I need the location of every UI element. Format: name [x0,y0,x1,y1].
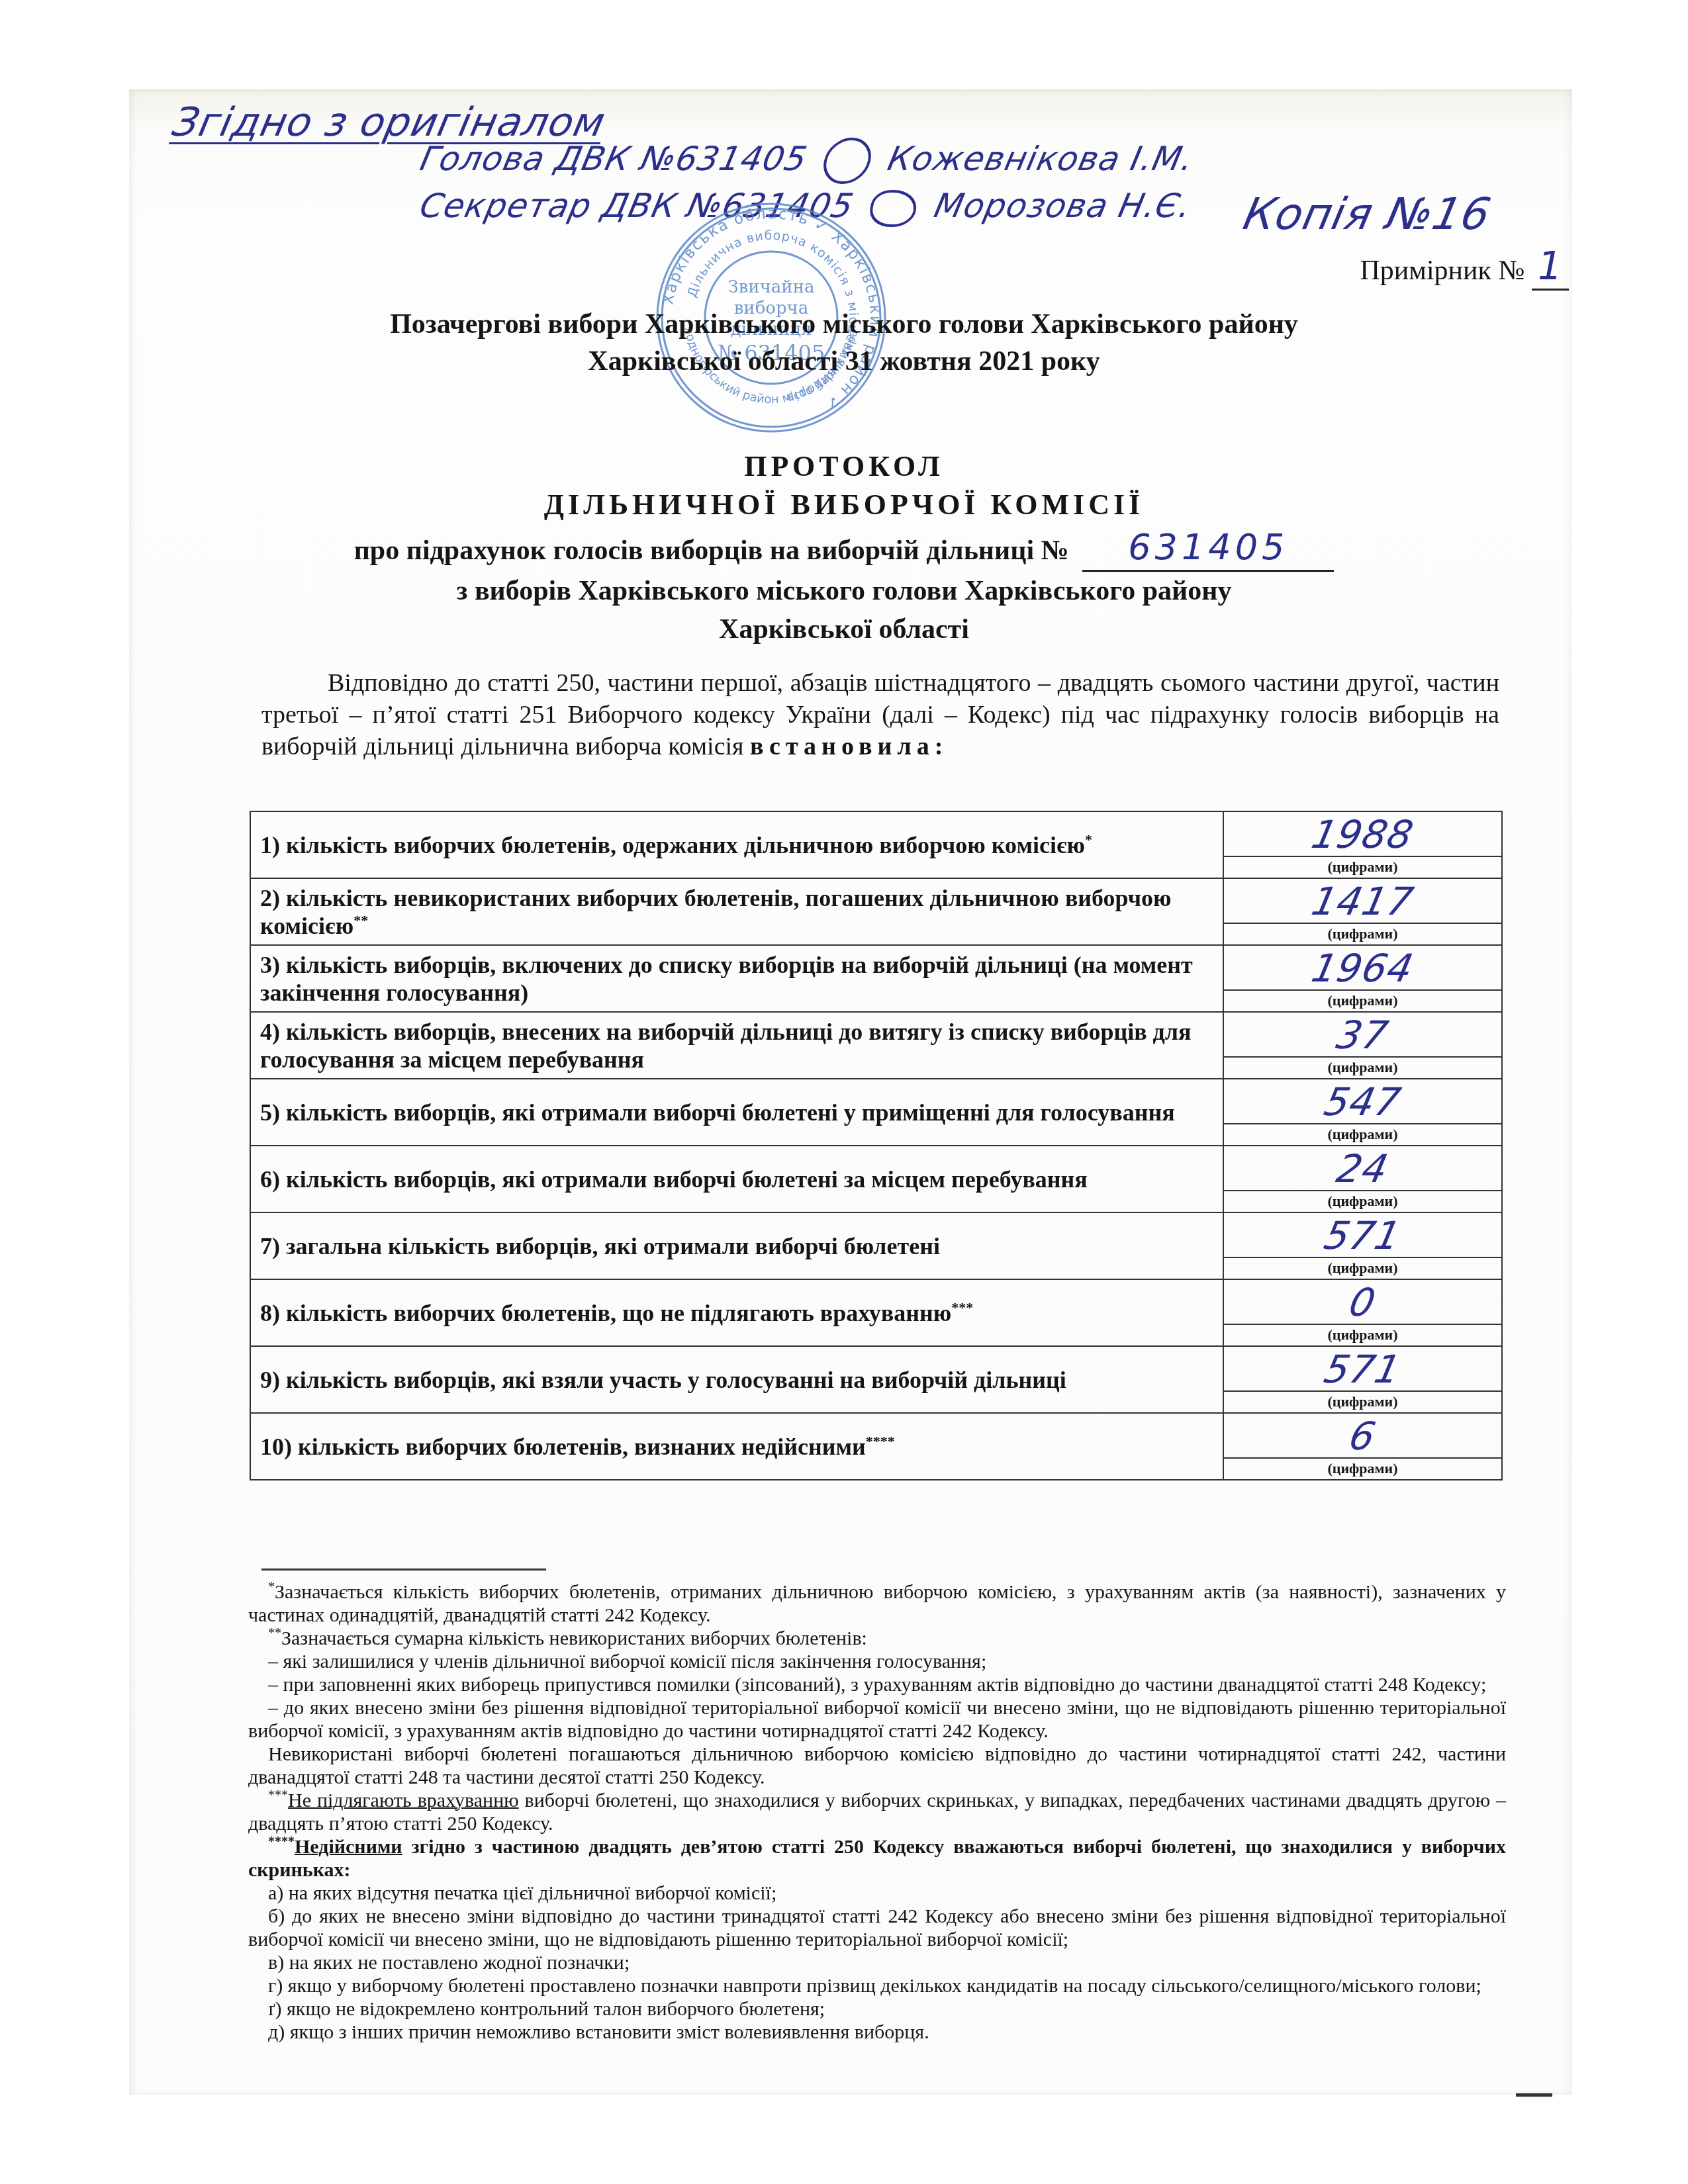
protocol-heading: ДІЛЬНИЧНОЇ ВИБОРЧОЇ КОМІСІЇ [0,486,1688,524]
value-underline [1224,1390,1501,1392]
value-caption: (цифрами) [1224,1460,1501,1477]
footnote-list-item: – які залишилися у членів дільничної виб… [248,1650,1506,1673]
row-value: 6 [1219,1415,1506,1457]
footnote-mark: ** [353,912,368,929]
row-label: 9) кількість виборців, які взяли участь … [250,1346,1223,1413]
value-caption: (цифрами) [1224,1259,1501,1277]
footnote-3: ***Не підлягають врахуванню виборчі бюле… [248,1789,1506,1835]
table-row: 10) кількість виборчих бюлетенів, визнан… [250,1413,1502,1480]
intro-emphasis: встановила: [750,733,948,760]
row-value-cell: 547 (цифрами) [1223,1079,1502,1146]
value-underline [1224,1457,1501,1459]
value-caption: (цифрами) [1224,992,1501,1009]
value-caption: (цифрами) [1224,1326,1501,1343]
footnote-list-item: а) на яких відсутня печатка цієї дільнич… [248,1882,1506,1905]
table-row: 7) загальна кількість виборців, які отри… [250,1212,1502,1279]
table-row: 6) кількість виборців, які отримали вибо… [250,1146,1502,1212]
footnote-mark: *** [268,1788,288,1803]
footnote-mark: * [268,1580,275,1594]
footnote-text: згідно з частиною двадцять дев’ятою стат… [248,1836,1506,1881]
value-caption: (цифрами) [1224,1393,1501,1410]
signature-role: Голова ДВК №631405 [417,140,811,178]
table-row: 3) кількість виборців, включених до спис… [250,945,1502,1012]
signature-name: Кожевнікова І.М. [884,140,1197,178]
footnote-text: Зазначається сумарна кількість невикорис… [281,1627,867,1649]
footnote-2: **Зазначається сумарна кількість невикор… [248,1627,1506,1650]
row-value-cell: 24 (цифрами) [1223,1146,1502,1212]
copy-number-note: Копія №16 [1239,189,1495,240]
footnote-mark: ** [268,1626,281,1641]
footnote-list-item: б) до яких не внесено зміни відповідно д… [248,1905,1506,1951]
footnote-term: Не підлягають врахуванню [288,1790,519,1811]
row-value-cell: 37 (цифрами) [1223,1012,1502,1079]
row-value-cell: 6 (цифрами) [1223,1413,1502,1480]
row-label: 1) кількість виборчих бюлетенів, одержан… [250,811,1223,878]
row-label: 5) кількість виборців, які отримали вибо… [250,1079,1223,1146]
copy-counter: Примірник № 1 [1360,244,1570,291]
table-row: 9) кількість виборців, які взяли участь … [250,1346,1502,1413]
station-number-field: 631405 [1082,528,1334,572]
value-caption: (цифрами) [1224,858,1501,876]
protocol-subtitle: з виборів Харківського міського голови Х… [0,572,1688,610]
election-title-line: Харківської області 31 жовтня 2021 року [0,343,1688,380]
row-value-cell: 1964 (цифрами) [1223,945,1502,1012]
value-underline [1224,1056,1501,1058]
value-underline [1224,923,1501,924]
signature-row-chair: Голова ДВК №631405 Кожевнікова І.М. [416,138,1198,184]
row-value: 37 [1219,1014,1506,1056]
row-value: 1964 [1219,947,1506,989]
value-underline [1224,856,1501,857]
intro-paragraph: Відповідно до статті 250, частини першої… [261,667,1499,762]
footnote-list-item: – при заповненні яких виборець припустив… [248,1673,1506,1696]
row-value-cell: 1417 (цифрами) [1223,878,1502,945]
row-label: 4) кількість виборців, внесених на вибор… [250,1012,1223,1079]
row-label: 10) кількість виборчих бюлетенів, визнан… [250,1413,1223,1480]
row-label: 6) кількість виборців, які отримали вибо… [250,1146,1223,1212]
footnote-mark: * [1085,831,1092,848]
row-value-cell: 571 (цифрами) [1223,1346,1502,1413]
table-row: 4) кількість виборців, внесених на вибор… [250,1012,1502,1079]
footnotes: *Зазначається кількість виборчих бюлетен… [248,1580,1506,2044]
row-value: 1417 [1219,880,1506,923]
election-title: Позачергові вибори Харківського міського… [0,306,1688,380]
value-underline [1224,989,1501,991]
election-title-line: Позачергові вибори Харківського міського… [0,306,1688,343]
protocol-subtitle: Харківської області [0,610,1688,649]
row-label: 7) загальна кількість виборців, які отри… [250,1212,1223,1279]
table-row: 2) кількість невикористаних виборчих бюл… [250,878,1502,945]
row-value-cell: 571 (цифрами) [1223,1212,1502,1279]
value-caption: (цифрами) [1224,1126,1501,1143]
scan-edge-mark [1516,2093,1552,2097]
footnote-list-item: в) на яких не поставлено жодної позначки… [248,1951,1506,1974]
copy-counter-label: Примірник № [1360,255,1525,286]
protocol-subtitle-text: про підрахунок голосів виборців на вибор… [354,535,1069,566]
protocol-subtitle: про підрахунок голосів виборців на вибор… [0,528,1688,572]
footnote-mark: **** [268,1835,295,1849]
protocol-heading: ПРОТОКОЛ [0,447,1688,486]
footnote-mark: **** [866,1433,895,1449]
row-value: 0 [1219,1281,1506,1324]
footnote-text: Зазначається кількість виборчих бюлетені… [248,1581,1506,1626]
row-value-cell: 0 (цифрами) [1223,1279,1502,1346]
signature-mark-icon [819,138,875,184]
value-caption: (цифрами) [1224,1059,1501,1076]
svg-text:Звичайна: Звичайна [727,277,814,297]
footnote-mark: *** [951,1299,973,1316]
row-value: 24 [1219,1148,1506,1190]
footnote-term: Недійсними [295,1836,402,1858]
results-table: 1) кількість виборчих бюлетенів, одержан… [250,811,1503,1480]
value-underline [1224,1257,1501,1258]
value-underline [1224,1123,1501,1124]
footnote-list-item: д) якщо з інших причин неможливо встанов… [248,2021,1506,2044]
footnote-list-item: – до яких внесено зміни без рішення відп… [248,1696,1506,1743]
row-label: 8) кількість виборчих бюлетенів, що не п… [250,1279,1223,1346]
row-value: 1988 [1219,813,1506,856]
row-label: 2) кількість невикористаних виборчих бюл… [250,878,1223,945]
copy-counter-value: 1 [1532,244,1569,291]
footnote-1: *Зазначається кількість виборчих бюлетен… [248,1580,1506,1627]
footnote-4: ****Недійсними згідно з частиною двадцят… [248,1835,1506,1882]
signature-name: Морозова Н.Є. [931,187,1195,225]
row-value: 571 [1219,1214,1506,1257]
footnote-note: Невикористані виборчі бюлетені погашають… [248,1743,1506,1789]
station-number-value: 631405 [1128,526,1288,568]
value-underline [1224,1324,1501,1325]
footnote-list-item: ґ) якщо не відокремлено контрольний тало… [248,1997,1506,2021]
table-row: 1) кількість виборчих бюлетенів, одержан… [250,811,1502,878]
row-label: 3) кількість виборців, включених до спис… [250,945,1223,1012]
value-underline [1224,1190,1501,1191]
footnote-list-item: г) якщо у виборчому бюлетені проставлено… [248,1974,1506,1997]
protocol-title: ПРОТОКОЛ ДІЛЬНИЧНОЇ ВИБОРЧОЇ КОМІСІЇ про… [0,447,1688,649]
value-caption: (цифрами) [1224,1193,1501,1210]
row-value-cell: 1988 (цифрами) [1223,811,1502,878]
footnote-separator [261,1569,546,1570]
value-caption: (цифрами) [1224,925,1501,942]
row-value: 547 [1219,1081,1506,1123]
table-row: 5) кількість виборців, які отримали вибо… [250,1079,1502,1146]
row-value: 571 [1219,1348,1506,1390]
table-row: 8) кількість виборчих бюлетенів, що не п… [250,1279,1502,1346]
